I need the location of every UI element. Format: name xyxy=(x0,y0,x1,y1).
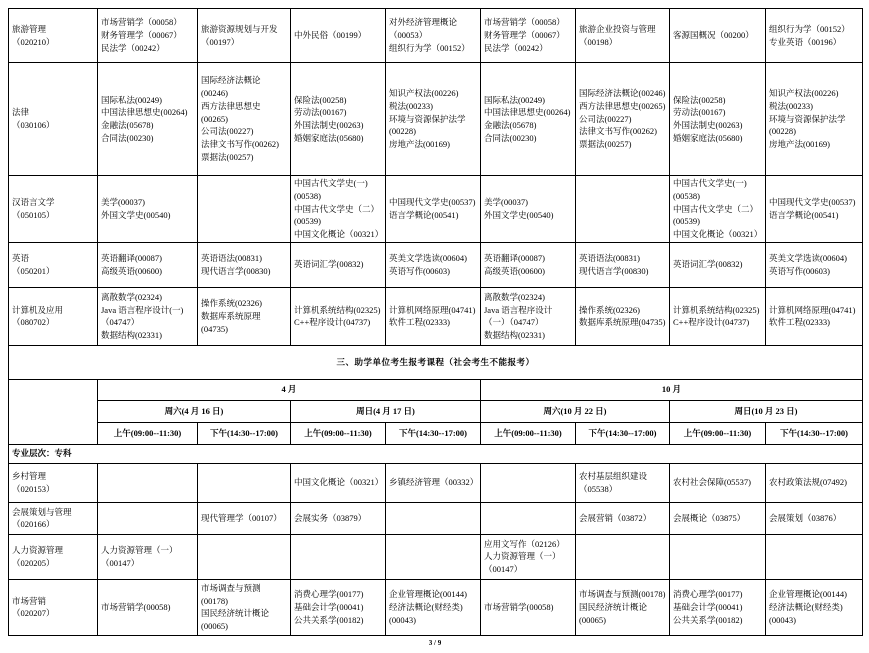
time-header-pm: 下午(14:30--17:00) xyxy=(386,422,481,444)
table-row-exhibition: 会展策划与管理 （020166） 现代管理学（00107） 会展实务（03879… xyxy=(9,502,863,534)
major-cell: 英语 （050201） xyxy=(9,242,98,287)
course-cell: 市场调查与预测(00178) 国民经济统计概论(00065) xyxy=(198,579,291,635)
course-cell: 市场营销学（00058） 财务管理学（00067） 民法学（00242） xyxy=(481,9,576,63)
major-cell: 计算机及应用 （080702） xyxy=(9,287,98,345)
month-april-header: 4 月 xyxy=(98,379,481,400)
time-header-pm: 下午(14:30--17:00) xyxy=(576,422,670,444)
course-cell xyxy=(386,502,481,534)
course-cell xyxy=(291,534,386,579)
document-page: 旅游管理 （020210） 市场营销学（00058） 财务管理学（00067） … xyxy=(0,8,869,653)
course-cell: 现代管理学（00107） xyxy=(198,502,291,534)
major-cell: 旅游管理 （020210） xyxy=(9,9,98,63)
day-header-row: 周六(4 月 16 日) 周日(4 月 17 日) 周六(10 月 22 日) … xyxy=(9,400,863,422)
course-cell: 中国古代文学史(一)(00538) 中国古代文学史（二）(00539) 中国文化… xyxy=(670,176,766,243)
course-cell: 英语翻译(00087) 高级英语(00600) xyxy=(481,242,576,287)
course-cell: 保险法(00258) 劳动法(00167) 外国法制史(00263) 婚姻家庭法… xyxy=(291,63,386,176)
course-cell: 中国现代文学史(00537) 语言学概论(00541) xyxy=(766,176,863,243)
course-cell: 市场调查与预测(00178) 国民经济统计概论(00065) xyxy=(576,579,670,635)
month-header-row: 4 月 10 月 xyxy=(9,379,863,400)
time-header-am: 上午(09:00--11:30) xyxy=(98,422,198,444)
course-cell xyxy=(98,463,198,502)
course-cell: 国际私法(00249) 中国法律思想史(00264) 金融法(05678) 合同… xyxy=(98,63,198,176)
month-october-header: 10 月 xyxy=(481,379,863,400)
course-cell: 离散数学(02324) Java 语言程序设计(一)（04747） 数据结构(0… xyxy=(98,287,198,345)
course-cell: 计算机系统结构(02325) C++程序设计(04737) xyxy=(291,287,386,345)
table-row-tourism: 旅游管理 （020210） 市场营销学（00058） 财务管理学（00067） … xyxy=(9,9,863,63)
course-cell: 英语语法(00831) 现代语言学(00830) xyxy=(576,242,670,287)
course-cell: 会展营销（03872） xyxy=(576,502,670,534)
course-cell: 计算机系统结构(02325) C++程序设计(04737) xyxy=(670,287,766,345)
course-cell: 会展概论（03875） xyxy=(670,502,766,534)
course-cell: 英语语法(00831) 现代语言学(00830) xyxy=(198,242,291,287)
course-cell: 应用文写作（02126） 人力资源管理（一）（00147） xyxy=(481,534,576,579)
major-cell: 人力资源管理 （020205） xyxy=(9,534,98,579)
course-cell: 市场营销学(00058) xyxy=(98,579,198,635)
course-cell: 国际经济法概论(00246) 西方法律思想史(00265) 公司法(00227)… xyxy=(576,63,670,176)
day-header-sat-apr: 周六(4 月 16 日) xyxy=(98,400,291,422)
section-title-row: 三、助学单位考生报考课程（社会考生不能报考） xyxy=(9,345,863,379)
course-cell: 英语词汇学(00832) xyxy=(291,242,386,287)
major-cell: 会展策划与管理 （020166） xyxy=(9,502,98,534)
course-cell xyxy=(670,534,766,579)
course-cell: 客源国概况（00200） xyxy=(670,9,766,63)
time-header-pm: 下午(14:30--17:00) xyxy=(766,422,863,444)
section-title: 三、助学单位考生报考课程（社会考生不能报考） xyxy=(9,345,863,379)
course-cell xyxy=(198,534,291,579)
course-cell: 会展实务（03879） xyxy=(291,502,386,534)
major-cell: 汉语言文学 （050105） xyxy=(9,176,98,243)
course-cell: 旅游企业投资与管理（00198） xyxy=(576,9,670,63)
day-header-sun-apr: 周日(4 月 17 日) xyxy=(291,400,481,422)
table-row-law: 法律 （030106） 国际私法(00249) 中国法律思想史(00264) 金… xyxy=(9,63,863,176)
course-cell: 操作系统(02326) 数据库系统原理(04735) xyxy=(198,287,291,345)
course-cell: 组织行为学（00152） 专业英语（00196） xyxy=(766,9,863,63)
course-cell xyxy=(576,534,670,579)
course-cell: 人力资源管理（一）（00147） xyxy=(98,534,198,579)
course-cell: 操作系统(02326) 数据库系统原理(04735) xyxy=(576,287,670,345)
time-header-row: 上午(09:00--11:30) 下午(14:30--17:00) 上午(09:… xyxy=(9,422,863,444)
course-cell: 农村政策法规(07492) xyxy=(766,463,863,502)
course-cell xyxy=(576,176,670,243)
table-row-hr-mgmt: 人力资源管理 （020205） 人力资源管理（一）（00147） 应用文写作（0… xyxy=(9,534,863,579)
header-empty-cell xyxy=(9,379,98,444)
course-cell: 消费心理学(00177) 基础会计学(00041) 公共关系学(00182) xyxy=(670,579,766,635)
course-cell: 国际私法(00249) 中国法律思想史(00264) 金融法(05678) 合同… xyxy=(481,63,576,176)
course-cell: 英美文学选读(00604) 英语写作(00603) xyxy=(766,242,863,287)
level-label: 专业层次：专科 xyxy=(9,444,863,463)
course-cell: 市场营销学（00058） 财务管理学（00067） 民法学（00242） xyxy=(98,9,198,63)
course-cell: 中外民俗（00199） xyxy=(291,9,386,63)
course-cell: 离散数学(02324) Java 语言程序设计（一）（04747） 数据结构(0… xyxy=(481,287,576,345)
page-number: 3 / 9 xyxy=(8,639,862,647)
course-cell: 企业管理概论(00144) 经济法概论(财经类)(00043) xyxy=(386,579,481,635)
course-cell xyxy=(198,463,291,502)
course-cell: 知识产权法(00226) 税法(00233) 环境与资源保护法学(00228) … xyxy=(766,63,863,176)
course-cell: 计算机网络原理(04741) 软件工程(02333) xyxy=(766,287,863,345)
level-label-row: 专业层次：专科 xyxy=(9,444,863,463)
course-cell xyxy=(386,534,481,579)
course-cell xyxy=(98,502,198,534)
course-cell: 市场营销学(00058) xyxy=(481,579,576,635)
table-row-rural-mgmt: 乡村管理 （020153） 中国文化概论（00321） 乡镇经济管理（00332… xyxy=(9,463,863,502)
course-cell: 保险法(00258) 劳动法(00167) 外国法制史(00263) 婚姻家庭法… xyxy=(670,63,766,176)
major-cell: 乡村管理 （020153） xyxy=(9,463,98,502)
course-cell xyxy=(481,463,576,502)
table-row-chinese-lit: 汉语言文学 （050105） 美学(00037) 外国文学史(00540) 中国… xyxy=(9,176,863,243)
day-header-sat-oct: 周六(10 月 22 日) xyxy=(481,400,670,422)
table-row-english: 英语 （050201） 英语翻译(00087) 高级英语(00600) 英语语法… xyxy=(9,242,863,287)
course-cell: 消费心理学(00177) 基础会计学(00041) 公共关系学(00182) xyxy=(291,579,386,635)
exam-schedule-table: 旅游管理 （020210） 市场营销学（00058） 财务管理学（00067） … xyxy=(8,8,863,636)
course-cell: 知识产权法(00226) 税法(00233) 环境与资源保护法学(00228) … xyxy=(386,63,481,176)
course-cell: 农村社会保障(05537) xyxy=(670,463,766,502)
course-cell: 计算机网络原理(04741) 软件工程(02333) xyxy=(386,287,481,345)
course-cell: 美学(00037) 外国文学史(00540) xyxy=(98,176,198,243)
course-cell xyxy=(198,176,291,243)
time-header-am: 上午(09:00--11:30) xyxy=(670,422,766,444)
course-cell: 国际经济法概论(00246) 西方法律思想史(00265) 公司法(00227)… xyxy=(198,63,291,176)
table-row-marketing: 市场营销 （020207） 市场营销学(00058) 市场调查与预测(00178… xyxy=(9,579,863,635)
course-cell: 会展策划（03876） xyxy=(766,502,863,534)
course-cell: 中国古代文学史(一)(00538) 中国古代文学史（二）(00539) 中国文化… xyxy=(291,176,386,243)
course-cell: 农村基层组织建设（05538） xyxy=(576,463,670,502)
course-cell: 对外经济管理概论（00053） 组织行为学（00152） xyxy=(386,9,481,63)
table-row-computer: 计算机及应用 （080702） 离散数学(02324) Java 语言程序设计(… xyxy=(9,287,863,345)
course-cell: 企业管理概论(00144) 经济法概论(财经类)(00043) xyxy=(766,579,863,635)
course-cell: 美学(00037) 外国文学史(00540) xyxy=(481,176,576,243)
course-cell: 旅游资源规划与开发（00197） xyxy=(198,9,291,63)
course-cell: 中国现代文学史(00537) 语言学概论(00541) xyxy=(386,176,481,243)
course-cell xyxy=(481,502,576,534)
major-cell: 法律 （030106） xyxy=(9,63,98,176)
course-cell: 中国文化概论（00321） xyxy=(291,463,386,502)
time-header-am: 上午(09:00--11:30) xyxy=(291,422,386,444)
time-header-pm: 下午(14:30--17:00) xyxy=(198,422,291,444)
time-header-am: 上午(09:00--11:30) xyxy=(481,422,576,444)
major-cell: 市场营销 （020207） xyxy=(9,579,98,635)
day-header-sun-oct: 周日(10 月 23 日) xyxy=(670,400,863,422)
course-cell: 英美文学选读(00604) 英语写作(00603) xyxy=(386,242,481,287)
course-cell: 乡镇经济管理（00332） xyxy=(386,463,481,502)
course-cell xyxy=(766,534,863,579)
course-cell: 英语翻译(00087) 高级英语(00600) xyxy=(98,242,198,287)
course-cell: 英语词汇学(00832) xyxy=(670,242,766,287)
